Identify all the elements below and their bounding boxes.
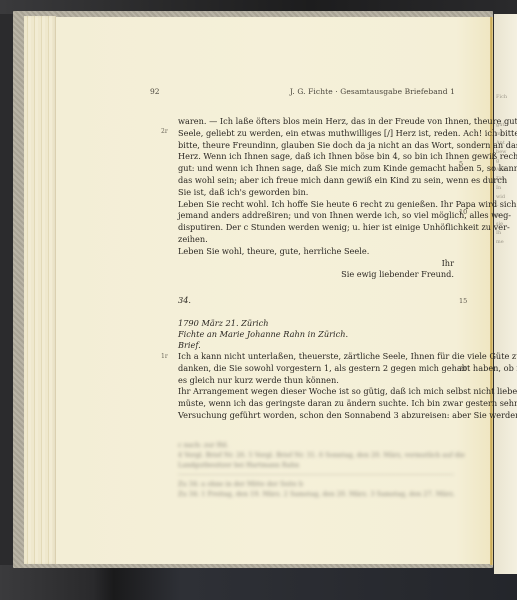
text-line: disputiren. Der c Stunden werden wenig; …: [178, 222, 454, 234]
closing-ihr: Ihr: [178, 258, 454, 270]
text-line: bitte, theure Freundinn, glauben Sie doc…: [178, 140, 454, 152]
facing-page: Fich gut mi Ant bew g Antl Tis In wid – …: [494, 14, 517, 574]
gilt-edge: [490, 17, 493, 565]
text-line: Leben Sie recht wohl. Ich hoffe Sie heut…: [178, 199, 454, 211]
text-line: Versuchung geführt worden, schon den Son…: [178, 410, 454, 422]
footnote-divider: [178, 474, 454, 475]
footnote-line: Zu 34: 1 Freitag, den 19. März. 2 Samsta…: [178, 489, 454, 499]
background-bottom: [0, 565, 517, 600]
folio-marker-2r: 2r: [161, 128, 168, 135]
text-line: das wohl sein; aber ich freue mich dann …: [178, 175, 454, 187]
footnote-line: Landgutbesitzer bei Hartmann Rahn: [178, 460, 454, 470]
letter-number: 34.: [178, 295, 191, 307]
text-line: danken, die Sie sowohl vorgestern 1, als…: [178, 363, 454, 375]
running-head-title: J. G. Fichte · Gesamtausgabe Briefeband …: [290, 87, 455, 96]
folio-marker-1r: 1r: [161, 353, 168, 360]
footnotes-blurred: c nach: zur Hd. 4 Vergl. Brief Nr. 26. 5…: [178, 440, 454, 499]
text-line: Ich a kann nicht unterlaßen, theuerste, …: [178, 351, 454, 363]
text-line: waren. — Ich laße öfters blos mein Herz,…: [178, 116, 454, 128]
closing-signature: Sie ewig liebender Freund.: [178, 269, 454, 281]
letter-sender-recipient: Fichte an Marie Johanne Rahn in Zürich.: [178, 329, 348, 341]
text-line: Leben Sie wohl, theure, gute, herrliche …: [178, 246, 454, 258]
letter-33-ending: waren. — Ich laße öfters blos mein Herz,…: [178, 116, 454, 281]
footnote-line: 4 Vergl. Brief Nr. 26. 5 Vergl. Brief Nr…: [178, 450, 454, 460]
footnote-line: c nach: zur Hd.: [178, 440, 454, 450]
text-line: müste, wenn ich das geringste daran zu ä…: [178, 398, 454, 410]
footnote-line: Zu 34: a ohne in der Mitte der Seite b: [178, 479, 454, 489]
text-line: Seele, geliebt zu werden, ein etwas muth…: [178, 128, 454, 140]
text-line: Ihr Arrangement wegen dieser Woche ist s…: [178, 386, 454, 398]
text-line: Herz. Wenn ich Ihnen sage, daß ich Ihnen…: [178, 151, 454, 163]
page-number: 92: [150, 87, 160, 96]
text-line: Sie ist, daß ich's geworden bin.: [178, 187, 454, 199]
text-line: jemand anders addreßiren; und von Ihnen …: [178, 210, 454, 222]
letter-34-body: Ich a kann nicht unterlaßen, theuerste, …: [178, 351, 454, 422]
text-line: gut: und wenn ich Ihnen sage, daß Sie mi…: [178, 163, 454, 175]
text-line: zeihen.: [178, 234, 454, 246]
text-line: es gleich nur kurz werde thun können.: [178, 375, 454, 387]
page-block-edges: [24, 16, 56, 564]
line-number-15: 15: [459, 297, 467, 305]
